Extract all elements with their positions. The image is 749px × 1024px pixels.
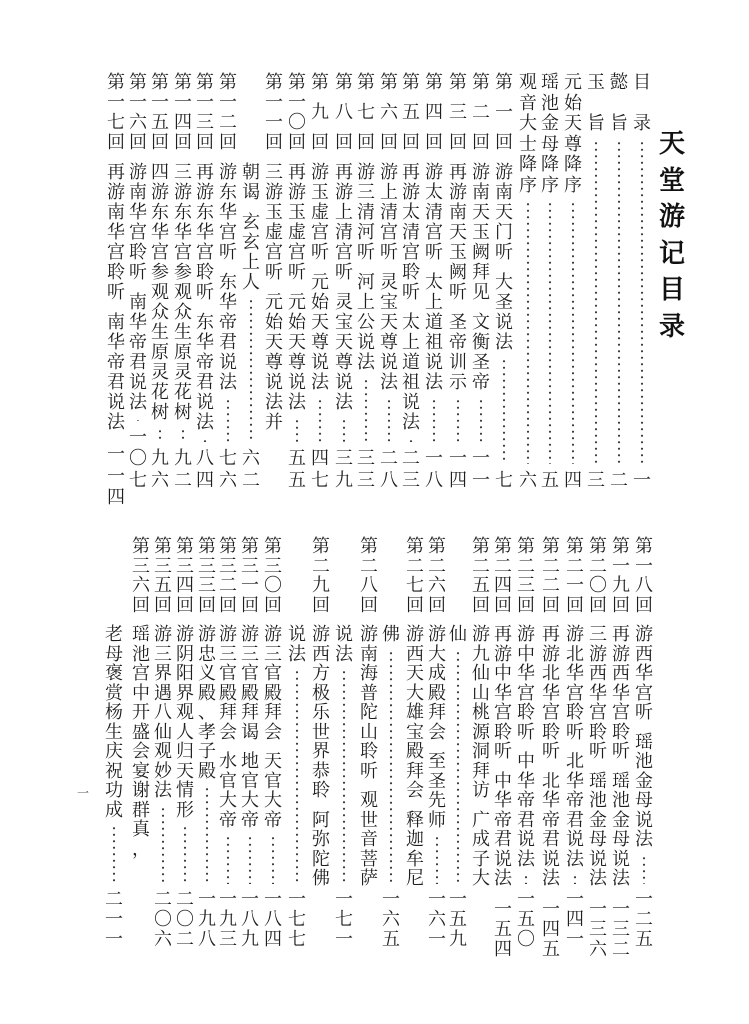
entry-title: 游三清河听 xyxy=(356,163,376,263)
toc-entry-chapter-29-continued: 说法 一七七 xyxy=(286,537,308,950)
dot-leader xyxy=(158,428,162,442)
page-number: 一 xyxy=(632,470,652,492)
entry-title-honoree: 太上道祖说法 xyxy=(401,313,421,433)
dot-leader xyxy=(524,874,528,884)
chapter-label: 第一〇回 xyxy=(287,73,307,153)
entry-title-honoree: 瑶池金母说法 xyxy=(634,733,654,850)
toc-entry-contents: 目 录 一 xyxy=(631,73,653,491)
toc-entry-chapter-14: 第一四回 三游东华宫参观众生原灵花树 九二 xyxy=(172,73,194,491)
entry-title: 再游南华宫聆听 xyxy=(106,163,126,303)
toc-entry-preface-1: 元始天尊降序 四 xyxy=(562,73,584,491)
toc-entry-chapter-4: 第四回 游太清宫听 太上道祖说法 一八 xyxy=(423,73,445,491)
entry-title: 游北华宫聆听 xyxy=(565,625,585,742)
entry-title: 游南天玉阙拜见 xyxy=(471,163,491,303)
page-number: 六二 xyxy=(241,448,261,491)
chapter-label: 第二三回 xyxy=(516,537,536,615)
entry-title-continued: 朝谒 xyxy=(241,163,261,203)
dot-leader xyxy=(342,669,346,884)
dot-leader xyxy=(112,825,116,884)
page-number: 一九三 xyxy=(218,890,238,950)
entry-title: 游三官殿拜会 xyxy=(263,625,283,742)
page-number: 四七 xyxy=(310,448,330,491)
page-number: 五 xyxy=(540,470,560,492)
page-number: 七 xyxy=(494,470,514,492)
page-number: 一九八 xyxy=(197,890,217,950)
toc-entry-chapter-29: 第二九回 游西方极乐世界恭聆 阿弥陀佛 xyxy=(310,537,332,950)
chapter-label: 第八回 xyxy=(334,68,354,158)
toc-entry-chapter-3: 第三回 再游南天玉阙听 圣帝训示 一四 xyxy=(447,73,469,491)
entry-title-honoree: 广成子大 xyxy=(471,811,491,889)
toc-entry-chapter-2: 第二回 游南天玉阙拜见 文衡圣帝 一一 xyxy=(470,73,492,491)
page-number: 一三二 xyxy=(611,900,631,960)
dot-leader xyxy=(456,398,460,442)
entry-title-continued: 仙 xyxy=(448,625,468,645)
dot-leader xyxy=(594,140,598,464)
page-number: 二一一 xyxy=(104,890,124,950)
toc-entry-chapter-18: 第一八回 游西华宫听 瑶池金母说法 一二五 xyxy=(633,537,655,950)
dot-leader xyxy=(318,398,322,442)
entry-title-continued: 佛 xyxy=(381,625,401,645)
entry-title: 再游东华宫聆听 xyxy=(195,163,215,303)
entry-title: 三游西华宫聆听 xyxy=(588,625,608,762)
toc-entry-chapter-5: 第五回 再游太清宫聆听 太上道祖说法 二三 xyxy=(400,73,422,491)
toc-entry-chapter-31: 第三一回 游三官殿拜谒 地官大帝 一八九 xyxy=(239,537,261,950)
dot-leader xyxy=(342,418,346,442)
dot-leader xyxy=(409,438,413,442)
entry-title: 游西天大雄宝殿拜会 xyxy=(405,625,425,801)
toc-entry-chapter-13: 第一三回 再游东华宫聆听 东华帝君说法 八四 xyxy=(194,73,216,491)
entry-title-honoree: 中华帝君说法 xyxy=(493,772,513,889)
entry-title-continued: 老母褒赏杨生庆祝功成 xyxy=(104,625,124,820)
page-number: 一五四 xyxy=(493,900,513,960)
toc-entry-chapter-24: 第二四回 再游中华宫聆听 中华帝君说法 一五四 xyxy=(492,537,514,950)
toc-entry-chapter-12: 第一二回 游东华宫听 东华帝君说法 七六 xyxy=(217,73,239,491)
chapter-label: 第一九回 xyxy=(611,537,631,615)
chapter-label: 第三回 xyxy=(448,68,468,158)
entry-title-honoree: 灵宝天尊说法 xyxy=(334,293,354,413)
entry-title: 游东华宫听 xyxy=(218,163,238,263)
chapter-label: 第一八回 xyxy=(634,537,654,615)
entry-title-honoree: 太上道祖说法 xyxy=(424,273,444,393)
chapter-label: 第一三回 xyxy=(195,73,215,153)
entry-title-honoree: 至圣先师 xyxy=(427,752,447,830)
entry-title: 玉 旨 xyxy=(586,73,606,135)
toc-entry-chapter-25: 第二五回 游九仙山桃源洞拜访 广成子大 xyxy=(470,537,492,950)
chapter-label: 第二七回 xyxy=(405,537,425,615)
chapter-label: 第二九回 xyxy=(311,537,331,615)
page-number: 三九 xyxy=(334,448,354,491)
entry-title-honoree: 中华帝君说法 xyxy=(516,752,536,869)
page-number: 二〇二 xyxy=(175,890,195,950)
dot-leader xyxy=(226,398,230,442)
dot-leader xyxy=(642,855,646,885)
entry-title: 再游中华宫聆听 xyxy=(493,625,513,762)
chapter-label: 第一五回 xyxy=(150,73,170,153)
page-number: 一八四 xyxy=(263,890,283,950)
toc-entry-chapter-36: 第三六回 瑶池宫中开盛会宴谢群真， xyxy=(130,537,152,950)
chapter-label: 第三六回 xyxy=(131,537,151,615)
page-number: 一七一 xyxy=(334,890,354,950)
page-number: 四 xyxy=(563,470,583,492)
entry-title-honoree: 东华帝君说法 xyxy=(195,313,215,433)
entry-title: 游忠义殿、孝子殿 xyxy=(197,625,217,781)
entry-title: 游三官殿拜会 xyxy=(218,625,238,742)
toc-entry-chapter-32: 第三二回 游三官殿拜会 水官大帝 一九三 xyxy=(217,537,239,950)
page-number: 一七七 xyxy=(287,890,307,950)
entry-title-honoree: 天官大帝 xyxy=(263,752,283,830)
entry-title-honoree: 元始天尊说法 xyxy=(287,293,307,413)
toc-entry-chapter-10: 第一〇回 再游玉虚宫听 元始天尊说法 五五 xyxy=(286,73,308,491)
dot-leader xyxy=(389,650,393,885)
entry-title: 三游玉虚宫听 xyxy=(264,163,284,283)
dot-leader xyxy=(364,378,368,442)
chapter-label: 第三〇回 xyxy=(263,537,283,615)
toc-entry-chapter-6: 第六回 游上清宫听 灵宝天尊说法 二八 xyxy=(378,73,400,491)
entry-title: 游西华宫听 xyxy=(634,625,654,723)
entry-title-continued: 说法 xyxy=(334,625,354,664)
entry-title: 游西方极乐世界恭聆 xyxy=(311,625,331,801)
toc-entry-edict: 懿 旨 二 xyxy=(608,73,630,491)
entry-title-honoree: 北华帝君说法 xyxy=(565,752,585,869)
dot-leader xyxy=(248,835,252,884)
entry-title: 三游东华宫参观众生原灵花树 xyxy=(173,163,193,423)
page-number: 一三六 xyxy=(588,900,608,960)
page-number: 一〇七 xyxy=(128,427,148,492)
page-number: 六 xyxy=(518,470,538,492)
page-number: 五五 xyxy=(287,448,307,491)
dot-leader xyxy=(295,669,299,884)
entry-title: 游南海普陀山聆听 xyxy=(359,625,379,781)
entry-title: 再游北华宫聆听 xyxy=(541,625,561,762)
page-title: 天堂游记目录 xyxy=(657,126,687,345)
entry-title-honoree: 南华帝君说法 xyxy=(128,293,148,413)
page-number: 八四 xyxy=(195,448,215,491)
page-number: 一八 xyxy=(424,448,444,491)
dot-leader xyxy=(249,298,253,442)
toc-entry-chapter-11: 第一一回 三游玉虚宫听 元始天尊说法并 xyxy=(263,73,285,491)
page-number: 二 xyxy=(609,470,629,492)
dot-leader xyxy=(205,786,209,884)
dot-leader xyxy=(640,140,644,464)
entry-title-honoree: 观世音菩萨 xyxy=(359,791,379,889)
toc-entry-chapter-15: 第一五回 四游东华宫参观众生原灵花树 九六 xyxy=(149,73,171,491)
dot-leader xyxy=(479,398,483,442)
entry-title: 游中华宫聆听 xyxy=(516,625,536,742)
entry-title: 瑶池金母降序 xyxy=(540,73,560,196)
entry-title: 游九仙山桃源洞拜访 xyxy=(471,625,491,801)
entry-title-continued: 说法 xyxy=(287,625,307,664)
page-number: 九二 xyxy=(173,448,193,491)
entry-title-honoree: 大圣说法 xyxy=(494,273,514,353)
page-number: 一六五 xyxy=(381,890,401,950)
entry-title: 游南天门听 xyxy=(494,163,514,263)
entry-title: 游玉虚宫听 xyxy=(310,163,330,263)
entry-title: 再游玉虚宫听 xyxy=(287,163,307,283)
toc-entry-chapter-27: 第二七回 游西天大雄宝殿拜会 释迦牟尼 xyxy=(404,537,426,950)
chapter-label: 第三三回 xyxy=(197,537,217,615)
chapter-label: 第二一回 xyxy=(565,537,585,615)
chapter-label: 第三一回 xyxy=(240,537,260,615)
toc-entry-chapter-8: 第八回 再游上清宫听 灵宝天尊说法 三九 xyxy=(333,73,355,491)
entry-title: 游三界遇八仙观妙法 xyxy=(153,625,173,801)
entry-title: 游上清宫听 xyxy=(379,163,399,263)
toc-entry-chapter-35: 第三五回 游三界遇八仙观妙法 二〇六 xyxy=(152,537,174,950)
chapter-label: 第一回 xyxy=(494,68,514,158)
toc-entry-chapter-11-continued: 朝谒 玄玄上人 六二 xyxy=(240,73,262,491)
dot-leader xyxy=(226,835,230,884)
entry-title: 游三官殿拜谒 xyxy=(240,625,260,742)
entry-title: 再游上清宫听 xyxy=(334,163,354,283)
entry-title: 游阴阳界观人归天情形 xyxy=(175,625,195,820)
chapter-label: 第六回 xyxy=(379,68,399,158)
dot-leader xyxy=(435,835,439,884)
toc-entry-chapter-1: 第一回 游南天门听 大圣说法 七 xyxy=(493,73,515,491)
toc-entry-chapter-25-continued: 仙 一五九 xyxy=(447,537,469,950)
folio-page-number: 一 xyxy=(76,785,90,801)
page-number: 三 xyxy=(586,470,606,492)
entry-title-honoree: 文衡圣帝 xyxy=(471,313,491,393)
chapter-label: 第三二回 xyxy=(218,537,238,615)
toc-entry-chapter-7: 第七回 游三清河听 河上公说法 三三 xyxy=(355,73,377,491)
dot-leader xyxy=(136,418,140,421)
chapter-label: 第四回 xyxy=(424,68,444,158)
entry-title-honoree: 元始天尊说法 xyxy=(310,273,330,393)
dot-leader xyxy=(548,201,552,464)
chapter-label: 第七回 xyxy=(356,68,376,158)
dot-leader xyxy=(456,650,460,885)
dot-leader xyxy=(295,418,299,442)
chapter-label: 第三五回 xyxy=(153,537,173,615)
page-number: 一八九 xyxy=(240,890,260,950)
chapter-label: 第二六回 xyxy=(427,537,447,615)
toc-entry-chapter-28-continued: 说法 一七一 xyxy=(333,537,355,950)
page-number: 一四 xyxy=(448,448,468,491)
chapter-label: 第二五回 xyxy=(471,537,491,615)
entry-title: 再游西华宫聆听 xyxy=(611,625,631,762)
entry-title: 游南华宫聆听 xyxy=(128,163,148,283)
toc-entry-chapter-17: 第一七回 再游南华宫聆听 南华帝君说法 一一四 xyxy=(105,73,127,491)
page-number: 三三 xyxy=(356,448,376,491)
dot-leader xyxy=(181,428,185,442)
chapter-label: 第二回 xyxy=(471,68,491,158)
entry-title: 目 录 xyxy=(632,73,652,135)
page-number: 二八 xyxy=(379,448,399,491)
entry-title-honoree: 释迦牟尼 xyxy=(405,811,425,889)
dot-leader xyxy=(271,835,275,884)
dot-leader xyxy=(432,398,436,442)
chapter-label: 第一七回 xyxy=(106,73,126,153)
entry-title-honoree: 灵宝天尊说法 xyxy=(379,273,399,393)
toc-entry-chapter-28: 第二八回 游南海普陀山聆听 观世音菩萨 xyxy=(358,537,380,950)
dot-leader xyxy=(573,874,577,884)
dot-leader xyxy=(387,398,391,442)
toc-entry-jade-edict: 玉 旨 三 xyxy=(585,73,607,491)
toc-entry-chapter-16: 第一六回 游南华宫聆听 南华帝君说法 一〇七 xyxy=(127,73,149,491)
page-number: 一一 xyxy=(471,448,491,491)
toc-entry-chapter-9: 第九回 游玉虚宫听 元始天尊说法 四七 xyxy=(309,73,331,491)
toc-entry-chapter-34: 第三四回 游阴阳界观人归天情形 二〇二 xyxy=(174,537,196,950)
chapter-label: 第一四回 xyxy=(173,73,193,153)
chapter-label: 第三四回 xyxy=(175,537,195,615)
entry-title-honoree: 南华帝君说法 xyxy=(106,313,126,433)
dot-leader xyxy=(617,140,621,464)
toc-entry-chapter-26: 第二六回 游大成殿拜会 至圣先师 一六一 xyxy=(426,537,448,950)
page-number: 一六一 xyxy=(427,890,447,950)
entry-title-honoree: 河上公说法 xyxy=(356,273,376,373)
entry-title-honoree: 地官大帝 xyxy=(240,752,260,830)
entry-title-honoree: 东华帝君说法 xyxy=(218,273,238,393)
dot-leader xyxy=(526,201,530,464)
chapter-label: 第九回 xyxy=(310,68,330,158)
chapter-label: 第二四回 xyxy=(493,537,513,615)
toc-entry-chapter-20: 第二〇回 三游西华宫聆听 瑶池金母说法 一三六 xyxy=(587,537,609,950)
entry-title-honoree: 瑶池金母说法 xyxy=(588,772,608,889)
entry-title-honoree: 水官大帝 xyxy=(218,752,238,830)
entry-title: 游大成殿拜会 xyxy=(427,625,447,742)
toc-entry-chapter-30: 第三〇回 游三官殿拜会 天官大帝 一八四 xyxy=(262,537,284,950)
entry-title: 瑶池宫中开盛会宴谢群真， xyxy=(131,625,151,859)
page-number: 一五九 xyxy=(448,890,468,950)
dot-leader xyxy=(502,358,506,464)
entry-title: 再游南天玉阙听 xyxy=(448,163,468,303)
entry-title-honoree: 元始天尊说法并 xyxy=(264,293,284,433)
chapter-label: 第五回 xyxy=(401,68,421,158)
toc-entry-chapter-27-continued: 佛 一六五 xyxy=(380,537,402,950)
dot-leader xyxy=(183,825,187,884)
toc-entry-preface-2: 瑶池金母降序 五 xyxy=(539,73,561,491)
dot-leader xyxy=(161,806,165,885)
page-number: 一四一 xyxy=(565,890,585,950)
toc-entry-preface-3: 观音大士降序 六 xyxy=(517,73,539,491)
page-number: 九六 xyxy=(150,448,170,491)
page-number: 一五〇 xyxy=(516,890,536,950)
chapter-label: 第一二回 xyxy=(218,73,238,153)
entry-title: 再游太清宫聆听 xyxy=(401,163,421,303)
toc-entry-chapter-22: 第二二回 再游北华宫聆听 北华帝君说法 一四五 xyxy=(540,537,562,950)
entry-title: 四游东华宫参观众生原灵花树 xyxy=(150,163,170,423)
page-number: 七六 xyxy=(218,448,238,491)
chapter-label: 第一一回 xyxy=(264,73,284,153)
page-number: 一二五 xyxy=(634,890,654,950)
page-number: 二三 xyxy=(401,448,421,491)
toc-entry-chapter-23: 第二三回 游中华宫聆听 中华帝君说法 一五〇 xyxy=(515,537,537,950)
entry-title-honoree: 玄玄上人 xyxy=(241,213,261,293)
entry-title: 元始天尊降序 xyxy=(563,73,583,196)
page-number: 一四五 xyxy=(541,900,561,960)
entry-title-honoree: 瑶池金母说法 xyxy=(611,772,631,889)
page-number: 一一四 xyxy=(106,444,126,509)
toc-entry-chapter-36-continued: 老母褒赏杨生庆祝功成 二一一 xyxy=(103,537,125,950)
toc-entry-chapter-19: 第一九回 再游西华宫聆听 瑶池金母说法 一三二 xyxy=(610,537,632,950)
toc-entry-chapter-33: 第三三回 游忠义殿、孝子殿 一九八 xyxy=(196,537,218,950)
entry-title: 观音大士降序 xyxy=(518,73,538,196)
entry-title-honoree: 北华帝君说法 xyxy=(541,772,561,889)
toc-entry-chapter-21: 第二一回 游北华宫聆听 北华帝君说法 一四一 xyxy=(564,537,586,950)
chapter-label: 第一六回 xyxy=(128,73,148,153)
page-number: 二〇六 xyxy=(153,890,173,950)
entry-title: 懿 旨 xyxy=(609,73,629,135)
dot-leader xyxy=(571,201,575,464)
chapter-label: 第二〇回 xyxy=(588,537,608,615)
chapter-label: 第二二回 xyxy=(541,537,561,615)
entry-title: 游太清宫听 xyxy=(424,163,444,263)
entry-title-honoree: 圣帝训示 xyxy=(448,313,468,393)
dot-leader xyxy=(203,438,207,442)
chapter-label: 第二八回 xyxy=(359,537,379,615)
entry-title-honoree: 阿弥陀佛 xyxy=(311,811,331,889)
